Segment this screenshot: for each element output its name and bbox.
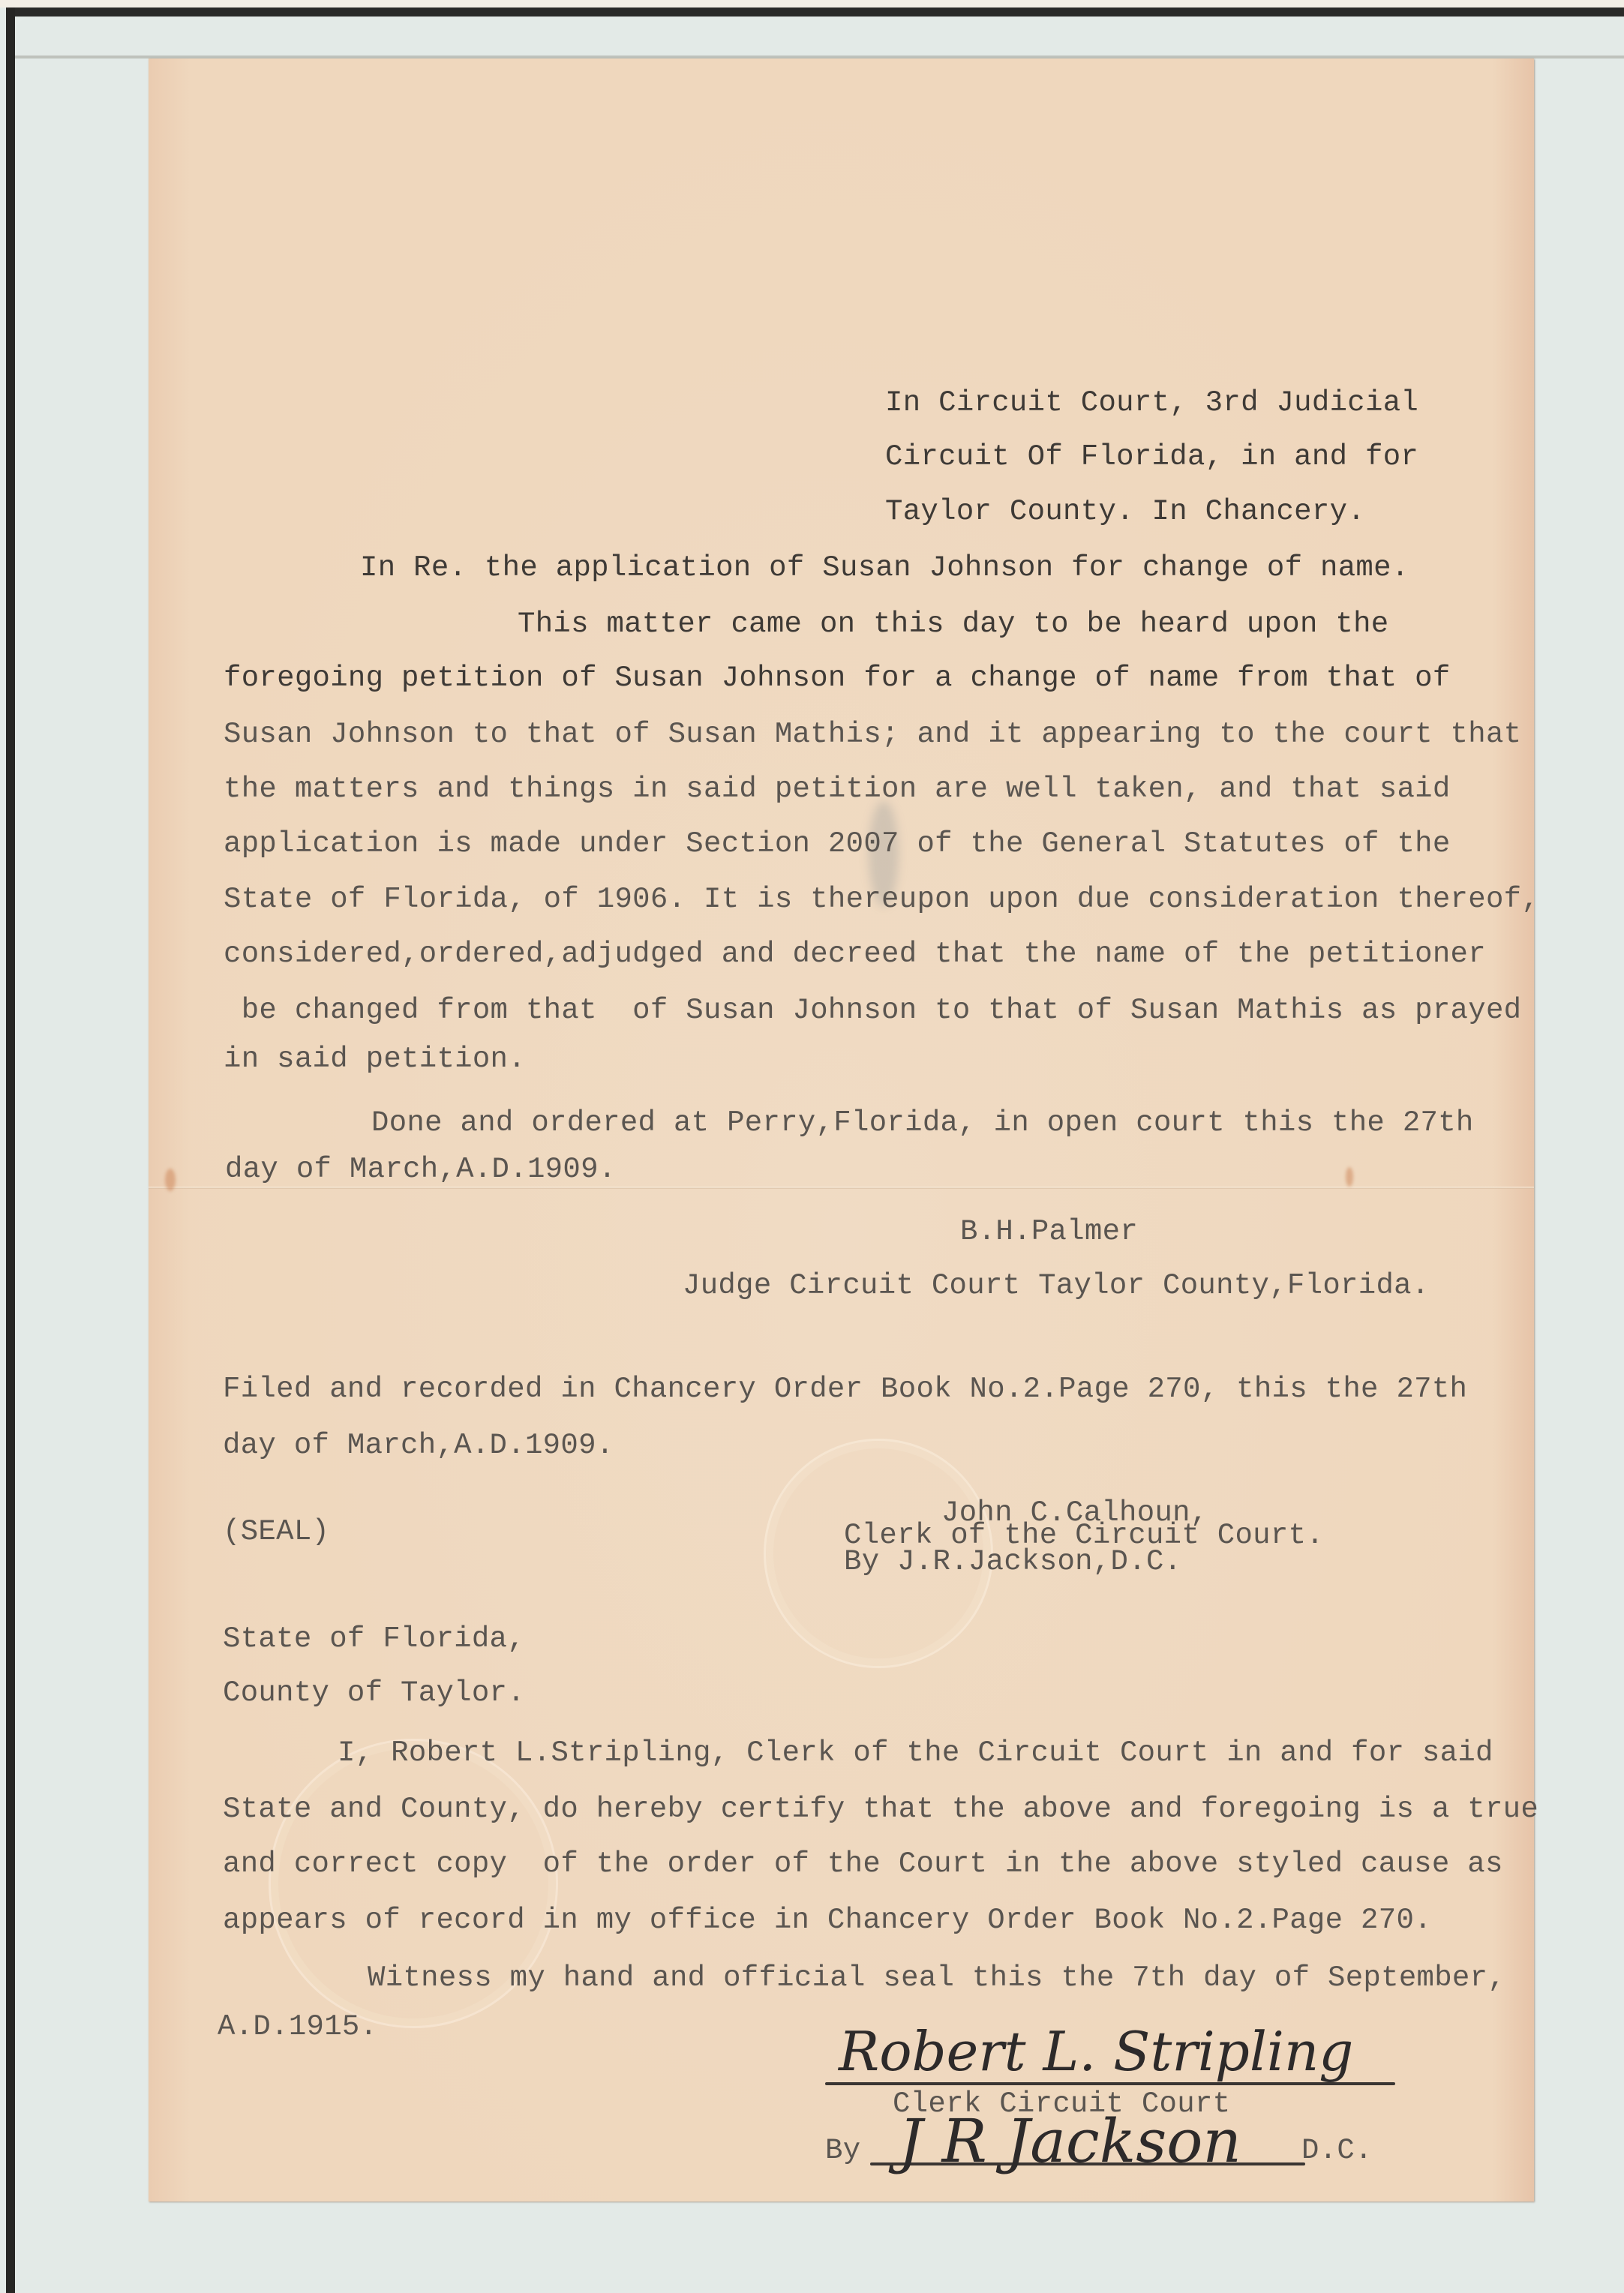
case-caption: In Re. the application of Susan Johnson …: [360, 554, 1409, 583]
order-body-line: foregoing petition of Susan Johnson for …: [224, 664, 1451, 693]
filing-line-2: day of March,A.D.1909.: [223, 1431, 614, 1460]
judge-title: Judge Circuit Court Taylor County,Florid…: [683, 1271, 1430, 1301]
witness-line-1: Witness my hand and official seal this t…: [368, 1964, 1505, 1993]
done-line-2: day of March,A.D.1909.: [225, 1155, 616, 1184]
deputy-signature: J R Jackson: [899, 2106, 1241, 2176]
order-body-line: be changed from that of Susan Johnson to…: [224, 996, 1521, 1025]
done-line-1: Done and ordered at Perry,Florida, in op…: [371, 1109, 1474, 1138]
venue-state: State of Florida,: [223, 1625, 525, 1654]
order-body-line: in said petition.: [224, 1045, 526, 1074]
header-line-3: Taylor County. In Chancery.: [885, 497, 1365, 527]
rust-stain: [1346, 1167, 1353, 1187]
certificate-line: and correct copy of the order of the Cou…: [223, 1850, 1503, 1879]
certificate-line: I, Robert L.Stripling, Clerk of the Circ…: [338, 1739, 1493, 1768]
order-body-line: considered,ordered,adjudged and decreed …: [224, 940, 1486, 969]
witness-line-2: A.D.1915.: [218, 2012, 377, 2042]
deputy-suffix: D.C.: [1301, 2136, 1373, 2165]
clerk-signature: Robert L. Stripling: [839, 2020, 1353, 2083]
scan-edge-top: [6, 8, 1624, 17]
fold-line: [149, 1187, 1534, 1189]
order-body-line: State of Florida, of 1906. It is thereup…: [224, 885, 1539, 914]
scan-edge-left: [6, 8, 15, 2293]
order-body-line: application is made under Section 2007 o…: [224, 830, 1451, 859]
venue-county: County of Taylor.: [223, 1679, 525, 1708]
header-line-2: Circuit Of Florida, in and for: [885, 443, 1418, 472]
order-body-line: the matters and things in said petition …: [224, 775, 1451, 804]
order-body-line: This matter came on this day to be heard…: [518, 610, 1389, 639]
scan-top-strip: [0, 0, 1624, 8]
rust-stain: [165, 1169, 176, 1191]
seal-label: (SEAL): [223, 1517, 329, 1547]
header-line-1: In Circuit Court, 3rd Judicial: [885, 389, 1418, 418]
certificate-line: State and County, do hereby certify that…: [223, 1795, 1538, 1824]
document-page: In Circuit Court, 3rd Judicial Circuit O…: [149, 59, 1534, 2201]
judge-name: B.H.Palmer: [960, 1217, 1138, 1247]
order-body-line: Susan Johnson to that of Susan Mathis; a…: [224, 720, 1521, 749]
filing-line-1: Filed and recorded in Chancery Order Boo…: [223, 1375, 1467, 1404]
by-label: By: [825, 2136, 860, 2165]
certificate-line: appears of record in my office in Chance…: [223, 1906, 1432, 1935]
clerk-deputy: By J.R.Jackson,D.C.: [844, 1547, 1181, 1577]
